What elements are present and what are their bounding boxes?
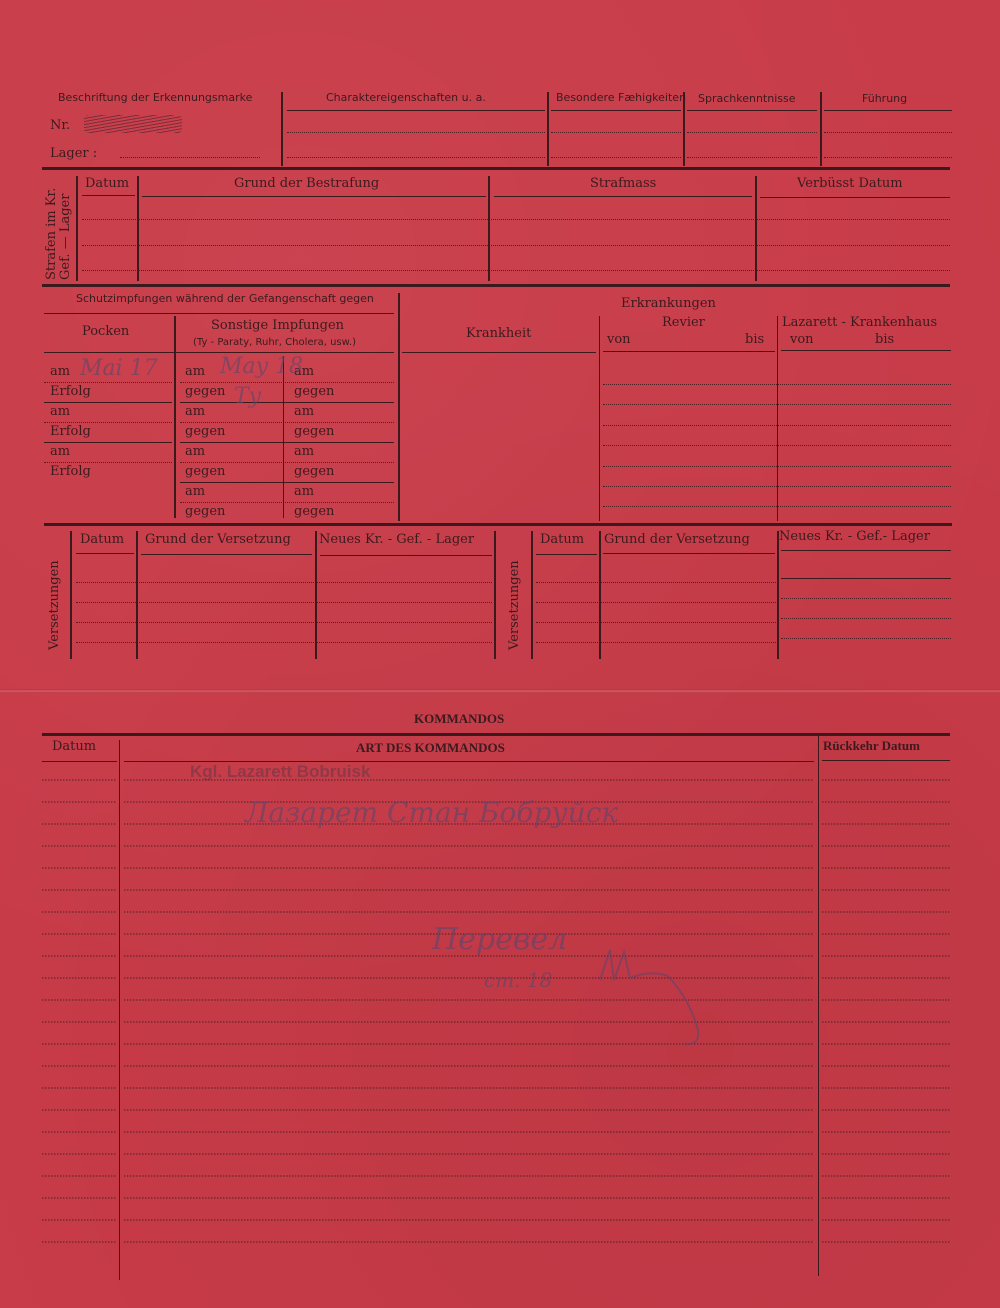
erkrankung-row-line[interactable]	[603, 466, 951, 467]
erkrankung-row-line[interactable]	[603, 506, 951, 507]
divider	[136, 531, 138, 659]
divider	[283, 356, 284, 518]
rule	[141, 554, 312, 555]
fuehrung-line[interactable]	[824, 132, 952, 133]
divider	[70, 531, 72, 659]
versetzung-right-datum: Datum	[540, 533, 584, 547]
signature-flourish	[590, 940, 720, 1050]
pocken-line[interactable]	[44, 462, 172, 463]
charakter-line[interactable]	[287, 157, 545, 158]
rule	[551, 110, 681, 111]
rule	[824, 110, 952, 111]
pocken-row: am	[50, 365, 70, 379]
divider	[488, 176, 490, 281]
rule	[603, 351, 775, 352]
strafen-col-verbuesst: Verbüsst Datum	[797, 177, 903, 191]
kommandos-rows	[42, 760, 952, 1280]
sonstige-a-row: gegen	[185, 465, 225, 479]
sonstige-a-row: am	[185, 365, 205, 379]
rule	[180, 482, 394, 483]
versetzung-left-neues: Neues Kr. - Gef. - Lager	[319, 533, 474, 547]
divider	[777, 316, 778, 521]
nr-label: Nr.	[50, 119, 70, 133]
versetzung-right-line[interactable]	[536, 642, 776, 643]
paper-fold-crease	[0, 689, 1000, 693]
impfungen-title: Schutzimpfungen während der Gefangenscha…	[76, 292, 374, 306]
sonstige-a-row: gegen	[185, 425, 225, 439]
sprachen-line[interactable]	[687, 157, 817, 158]
sonstige-b-row: gegen	[294, 505, 334, 519]
header-fuehrung: Führung	[862, 92, 907, 106]
rule	[76, 553, 134, 554]
versetzung-left-datum: Datum	[80, 533, 124, 547]
handwritten-sonstige-type: Ty	[234, 384, 261, 409]
divider	[76, 176, 78, 281]
sonstige-b-row: am	[294, 485, 314, 499]
nr-redacted-value	[84, 115, 182, 133]
handwritten-pocken-date: Mai 17	[80, 356, 158, 381]
sonstige-b-row: gegen	[294, 425, 334, 439]
section-divider	[42, 284, 950, 287]
erkrankung-row-line[interactable]	[603, 404, 951, 405]
rule	[402, 352, 596, 353]
rule	[603, 553, 775, 554]
kommandos-col-art: ART DES KOMMANDOS	[356, 741, 505, 755]
versetzung-left-line[interactable]	[76, 622, 492, 623]
strafen-side-label-1: Strafen im Kr.	[44, 188, 59, 280]
kommandos-col-rueckkehr: Rückkehr Datum	[823, 739, 920, 753]
versetzung-left-line[interactable]	[76, 582, 492, 583]
lager-line[interactable]	[120, 157, 260, 158]
strafen-col-strafmass: Strafmass	[590, 177, 656, 191]
section-divider	[42, 167, 950, 170]
versetzung-left-grund: Grund der Versetzung	[145, 533, 291, 547]
versetzung-right-line[interactable]	[536, 622, 776, 623]
sprachen-line[interactable]	[687, 132, 817, 133]
divider	[494, 531, 496, 659]
rule	[320, 555, 492, 556]
pocken-row: am	[50, 405, 70, 419]
rule	[760, 197, 950, 198]
divider	[599, 316, 600, 521]
section-divider	[44, 523, 952, 526]
rule	[82, 195, 135, 196]
rule	[44, 352, 394, 353]
versetzung-left-line[interactable]	[76, 602, 492, 603]
lazarett-von: von	[790, 333, 814, 347]
strafen-row-line[interactable]	[82, 245, 950, 246]
versetzung-right-grund: Grund der Versetzung	[604, 533, 750, 547]
erkrankung-row-line[interactable]	[603, 486, 951, 487]
strafen-row-line[interactable]	[82, 270, 950, 271]
lazarett-bis: bis	[875, 333, 894, 347]
versetzung-right-line[interactable]	[781, 618, 951, 619]
krankheit-header: Krankheit	[466, 327, 531, 341]
versetzung-right-line[interactable]	[536, 602, 776, 603]
divider	[820, 92, 822, 166]
rule	[494, 196, 752, 197]
versetzung-right-line[interactable]	[781, 598, 951, 599]
pocken-header: Pocken	[82, 325, 129, 339]
pocken-line[interactable]	[44, 422, 172, 423]
versetzung-right-line[interactable]	[536, 582, 776, 583]
versetzungen-side-label-right: Versetzungen	[507, 560, 522, 650]
header-faehigkeiten: Besondere Fæhigkeiten	[556, 91, 686, 105]
strafen-side-label-2: Gef. — Lager	[58, 194, 73, 280]
pocken-row: Erfolg	[50, 465, 91, 479]
strafen-row-line[interactable]	[82, 219, 950, 220]
sonstige-a-row: am	[185, 405, 205, 419]
erkrankungen-title: Erkrankungen	[621, 297, 716, 311]
rule	[180, 442, 394, 443]
erkrankung-row-line[interactable]	[603, 425, 951, 426]
rule	[44, 442, 172, 443]
divider	[398, 293, 400, 521]
sonstige-a-row: am	[185, 445, 205, 459]
sonstige-line[interactable]	[180, 422, 394, 423]
divider	[755, 176, 757, 281]
sonstige-subheader: (Ty - Paraty, Ruhr, Cholera, usw.)	[193, 336, 356, 350]
sonstige-line[interactable]	[180, 502, 394, 503]
sonstige-b-row: am	[294, 445, 314, 459]
divider	[174, 316, 176, 518]
revier-bis: bis	[745, 333, 764, 347]
pocken-line[interactable]	[44, 382, 172, 383]
divider	[315, 531, 317, 659]
sonstige-b-row: am	[294, 405, 314, 419]
rule	[180, 402, 394, 403]
sonstige-b-row: gegen	[294, 465, 334, 479]
rule	[781, 578, 951, 579]
section-divider	[42, 733, 950, 736]
sonstige-a-row: am	[185, 485, 205, 499]
faehigkeiten-line[interactable]	[551, 132, 681, 133]
divider	[777, 531, 779, 659]
versetzung-right-neues: Neues Kr. - Gef.- Lager	[779, 530, 930, 544]
handwritten-signature: Перевел	[432, 922, 567, 957]
pocken-row: Erfolg	[50, 425, 91, 439]
divider	[547, 92, 549, 166]
revier-von: von	[607, 333, 631, 347]
kommandos-title: KOMMANDOS	[414, 712, 504, 726]
kommandos-col-datum: Datum	[52, 740, 96, 754]
sonstige-header: Sonstige Impfungen	[211, 319, 344, 333]
erkrankung-row-line[interactable]	[603, 445, 951, 446]
rule	[44, 313, 394, 314]
lager-label: Lager :	[50, 147, 97, 161]
divider	[137, 176, 139, 281]
lazarett-header: Lazarett - Krankenhaus	[782, 316, 937, 330]
divider	[531, 531, 533, 659]
sonstige-b-row: gegen	[294, 385, 334, 399]
faehigkeiten-line[interactable]	[551, 157, 681, 158]
divider	[281, 92, 283, 166]
header-sprachen: Sprachkenntnisse	[698, 92, 796, 106]
erkrankung-row-line[interactable]	[603, 384, 951, 385]
strafen-col-datum: Datum	[85, 177, 129, 191]
handwritten-note: ст. 18	[484, 968, 552, 992]
rule	[687, 110, 817, 111]
header-charakter: Charaktereigenschaften u. a.	[326, 91, 486, 105]
sonstige-line[interactable]	[180, 462, 394, 463]
pocken-row: am	[50, 445, 70, 459]
rule	[142, 196, 486, 197]
rule	[44, 402, 172, 403]
sonstige-a-row: gegen	[185, 385, 225, 399]
revier-header: Revier	[662, 316, 705, 330]
charakter-line[interactable]	[287, 132, 545, 133]
versetzung-right-line[interactable]	[781, 638, 951, 639]
identification-title: Beschriftung der Erkennungsmarke	[58, 91, 252, 105]
rule	[781, 350, 951, 351]
sonstige-line[interactable]	[180, 382, 394, 383]
sonstige-a-row: gegen	[185, 505, 225, 519]
handwritten-kommando-entry: Лазарет Стан Бобруйск	[245, 796, 618, 829]
pocken-row: Erfolg	[50, 385, 91, 399]
handwritten-sonstige-date: May 18	[220, 354, 303, 379]
rule	[287, 110, 545, 111]
divider	[599, 531, 601, 659]
strafen-col-grund: Grund der Bestrafung	[234, 177, 379, 191]
fuehrung-line[interactable]	[824, 157, 952, 158]
versetzungen-side-label-left: Versetzungen	[47, 560, 62, 650]
lazarett-stamp: Kgl. Lazarett Bobruisk	[190, 762, 370, 782]
rule	[536, 554, 597, 555]
rule	[781, 550, 951, 551]
versetzung-left-line[interactable]	[76, 642, 492, 643]
